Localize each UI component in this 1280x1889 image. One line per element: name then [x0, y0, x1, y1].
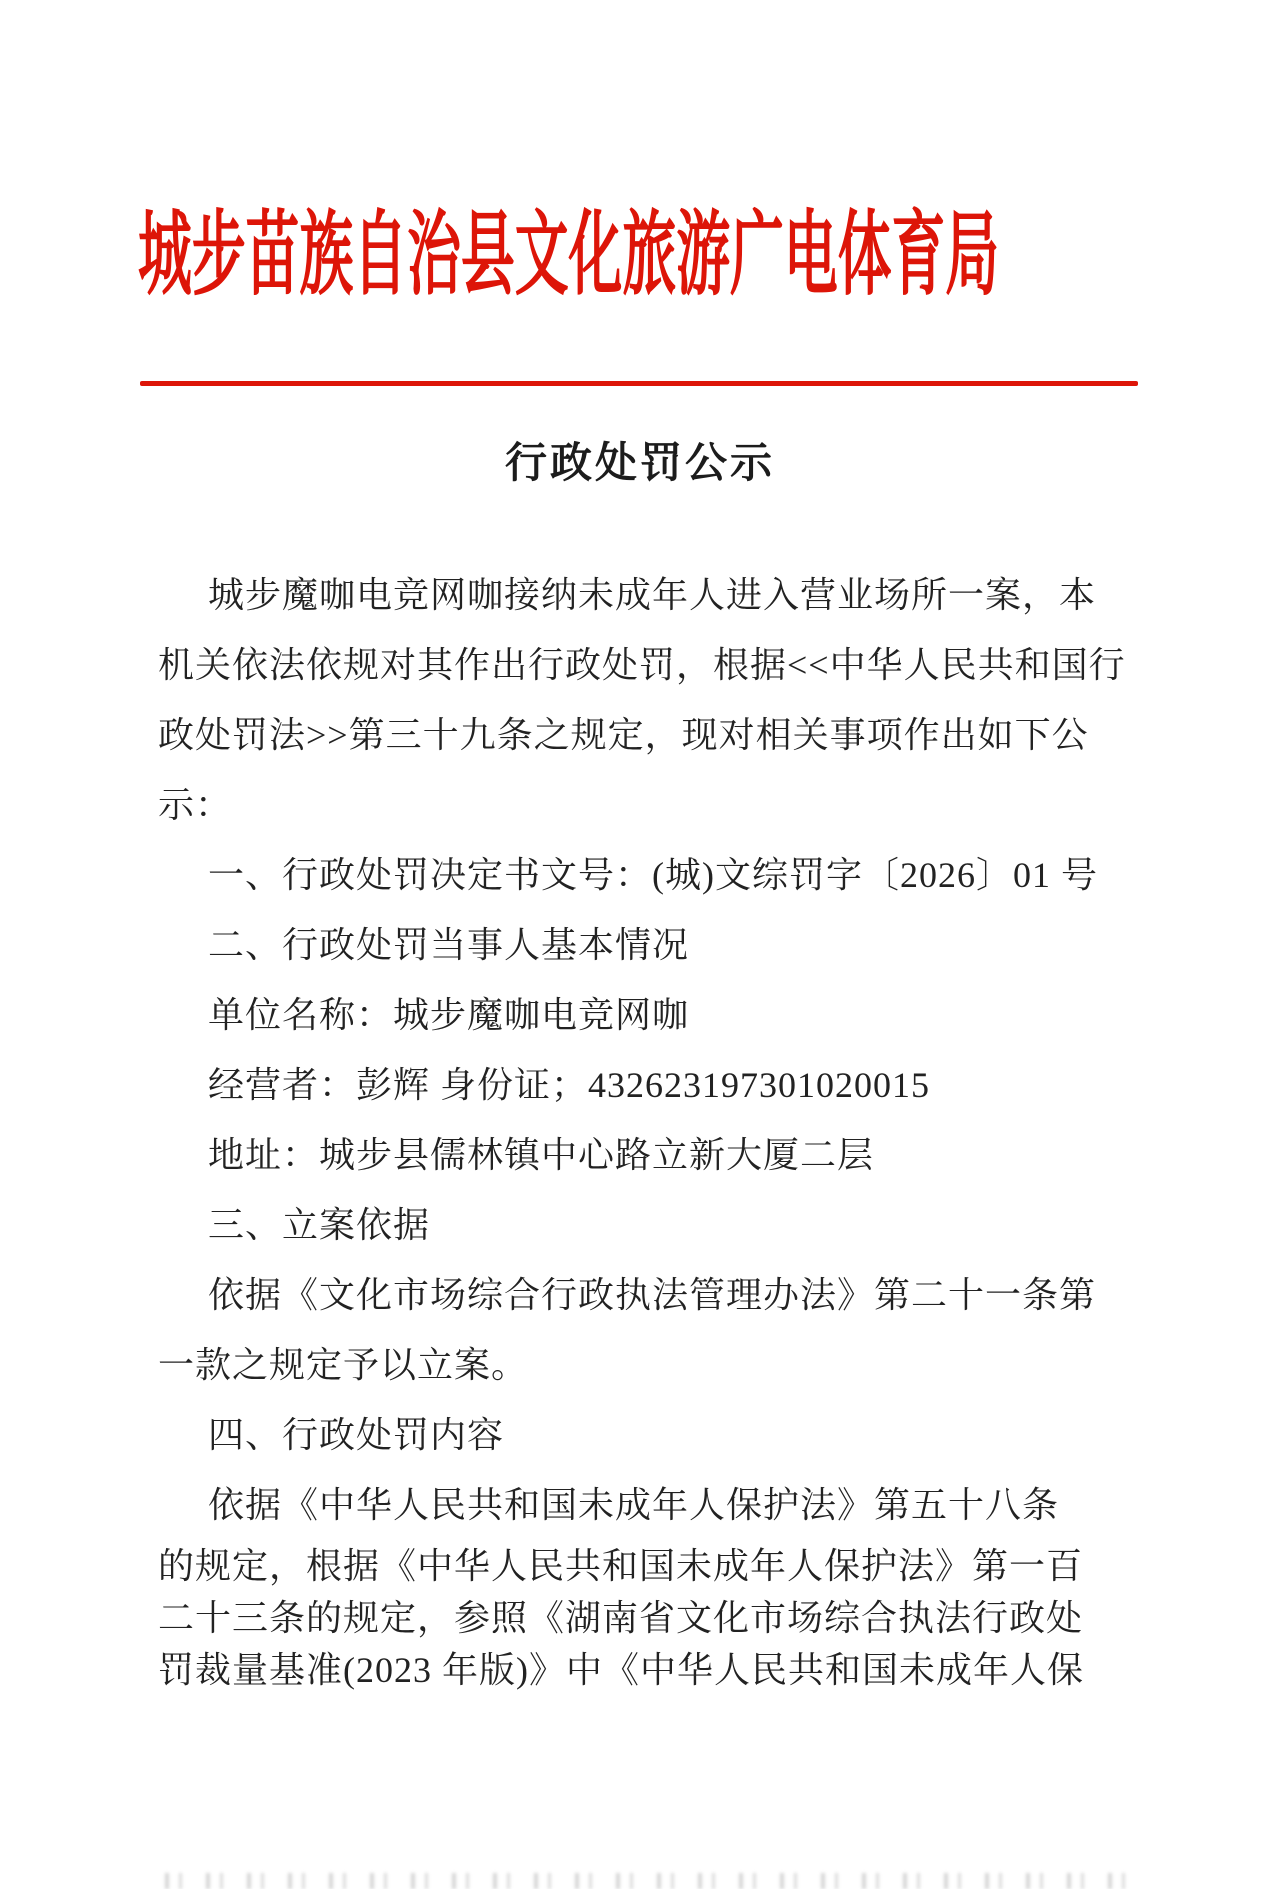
- letterhead-divider: [140, 381, 1138, 386]
- body-line: 的规定，根据《中华人民共和国未成年人保护法》第一百: [158, 1540, 1146, 1592]
- body-line: 依据《中华人民共和国未成年人保护法》第五十八条: [158, 1470, 1146, 1540]
- body-line: 经营者：彭辉 身份证；432623197301020015: [158, 1050, 1146, 1120]
- body-line: 罚裁量基准(2023 年版)》中《中华人民共和国未成年人保: [158, 1644, 1146, 1696]
- cropped-next-line-smudge: [158, 1873, 1140, 1889]
- body-line: 三、立案依据: [158, 1190, 1146, 1260]
- body-line: 城步魔咖电竞网咖接纳未成年人进入营业场所一案，本: [158, 560, 1146, 630]
- letterhead-title: 城步苗族自治县文化旅游广电体育局: [138, 196, 999, 316]
- body-line: 示：: [158, 770, 1146, 840]
- body-line: 二、行政处罚当事人基本情况: [158, 910, 1146, 980]
- body-line: 机关依法依规对其作出行政处罚，根据<<中华人民共和国行: [158, 630, 1146, 700]
- body-line: 依据《文化市场综合行政执法管理办法》第二十一条第: [158, 1260, 1146, 1330]
- document-page: 城步苗族自治县文化旅游广电体育局 行政处罚公示 城步魔咖电竞网咖接纳未成年人进入…: [0, 0, 1280, 1889]
- body-line: 二十三条的规定，参照《湖南省文化市场综合执法行政处: [158, 1592, 1146, 1644]
- body-line: 地址：城步县儒林镇中心路立新大厦二层: [158, 1120, 1146, 1190]
- body-line: 一、行政处罚决定书文号：(城)文综罚字〔2026〕01 号: [158, 840, 1146, 910]
- body-line: 政处罚法>>第三十九条之规定，现对相关事项作出如下公: [158, 700, 1146, 770]
- body-line: 四、行政处罚内容: [158, 1400, 1146, 1470]
- document-title: 行政处罚公示: [0, 430, 1280, 490]
- body-line: 单位名称：城步魔咖电竞网咖: [158, 980, 1146, 1050]
- document-body: 城步魔咖电竞网咖接纳未成年人进入营业场所一案，本机关依法依规对其作出行政处罚，根…: [158, 560, 1146, 1696]
- body-line: 一款之规定予以立案。: [158, 1330, 1146, 1400]
